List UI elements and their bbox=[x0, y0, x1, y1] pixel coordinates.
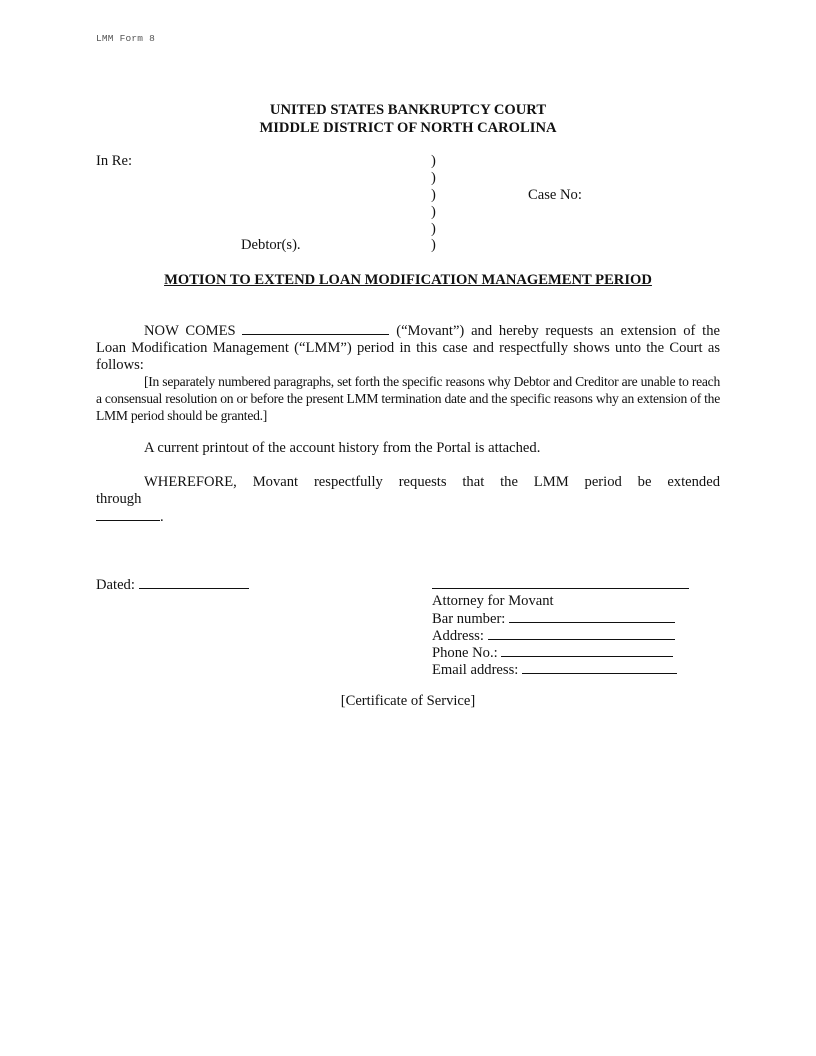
debtor-label: Debtor(s). bbox=[241, 237, 301, 254]
email-field[interactable]: Email address: bbox=[432, 661, 692, 678]
phone-field[interactable]: Phone No.: bbox=[432, 644, 692, 661]
caption-paren: ) bbox=[431, 153, 436, 170]
caption-divider: ) ) ) ) ) ) bbox=[431, 153, 436, 254]
address-label: Address: bbox=[432, 628, 484, 644]
caption-paren: ) bbox=[431, 221, 436, 238]
extension-date-blank[interactable] bbox=[96, 508, 160, 521]
court-district: MIDDLE DISTRICT OF NORTH CAROLINA bbox=[96, 119, 720, 137]
in-re-label: In Re: bbox=[96, 153, 132, 170]
dated-field[interactable]: Dated: bbox=[96, 576, 249, 594]
motion-title: MOTION TO EXTEND LOAN MODIFICATION MANAG… bbox=[96, 271, 720, 289]
court-name: UNITED STATES BANKRUPTCY COURT bbox=[96, 101, 720, 119]
signature-block: Attorney for Movant Bar number: Address:… bbox=[432, 576, 692, 678]
bar-number-field[interactable]: Bar number: bbox=[432, 610, 692, 627]
now-comes-text: NOW COMES bbox=[144, 323, 236, 339]
paragraph-wherefore: WHEREFORE, Movant respectfully requests … bbox=[96, 474, 720, 526]
caption-paren: ) bbox=[431, 187, 436, 204]
email-label: Email address: bbox=[432, 662, 518, 678]
form-number-label: LMM Form 8 bbox=[96, 33, 155, 44]
wherefore-text: WHEREFORE, Movant respectfully requests … bbox=[96, 474, 720, 507]
phone-label: Phone No.: bbox=[432, 645, 498, 661]
paragraph-reasons-instruction: [In separately numbered paragraphs, set … bbox=[96, 373, 720, 424]
phone-blank[interactable] bbox=[501, 644, 673, 657]
signature-line[interactable] bbox=[432, 576, 689, 589]
bar-number-blank[interactable] bbox=[509, 610, 675, 623]
address-blank[interactable] bbox=[488, 627, 675, 640]
wherefore-period: . bbox=[160, 509, 164, 525]
email-blank[interactable] bbox=[522, 661, 677, 674]
attorney-label: Attorney for Movant bbox=[432, 593, 692, 610]
case-number-label: Case No: bbox=[528, 187, 582, 203]
caption-paren: ) bbox=[431, 170, 436, 187]
address-field[interactable]: Address: bbox=[432, 627, 692, 644]
dated-label: Dated: bbox=[96, 577, 135, 593]
bar-number-label: Bar number: bbox=[432, 611, 505, 627]
certificate-of-service: [Certificate of Service] bbox=[96, 693, 720, 710]
case-number-field[interactable]: Case No: bbox=[528, 187, 582, 204]
movant-name-blank[interactable] bbox=[242, 322, 389, 335]
paragraph-account-history: A current printout of the account histor… bbox=[96, 440, 720, 457]
paragraph-now-comes: NOW COMES (“Movant”) and hereby requests… bbox=[96, 322, 720, 374]
court-header: UNITED STATES BANKRUPTCY COURT MIDDLE DI… bbox=[96, 101, 720, 137]
dated-blank[interactable] bbox=[139, 576, 249, 589]
caption-paren: ) bbox=[431, 204, 436, 221]
caption-paren: ) bbox=[431, 237, 436, 254]
